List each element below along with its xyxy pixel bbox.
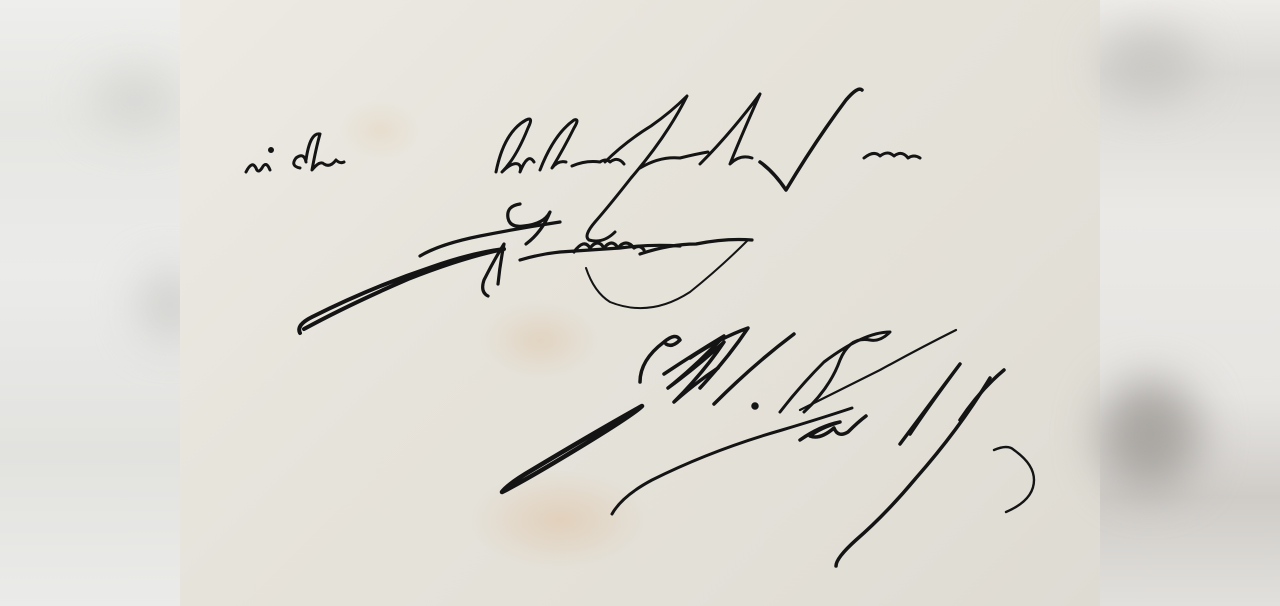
signature-strokes [502,328,1034,566]
handwriting-line-2 [299,204,752,333]
blurred-background-right [1100,0,1280,606]
blurred-background-left [0,0,180,606]
handwriting-line-1 [246,89,920,241]
paper-sheet: in der lebhaftesten Hochachtung JWvGoeth… [180,0,1100,606]
shadow-blur [1100,30,1200,100]
shadow-blur [1100,380,1200,490]
shadow-blur [90,70,180,130]
handwriting-strokes [180,0,1100,606]
